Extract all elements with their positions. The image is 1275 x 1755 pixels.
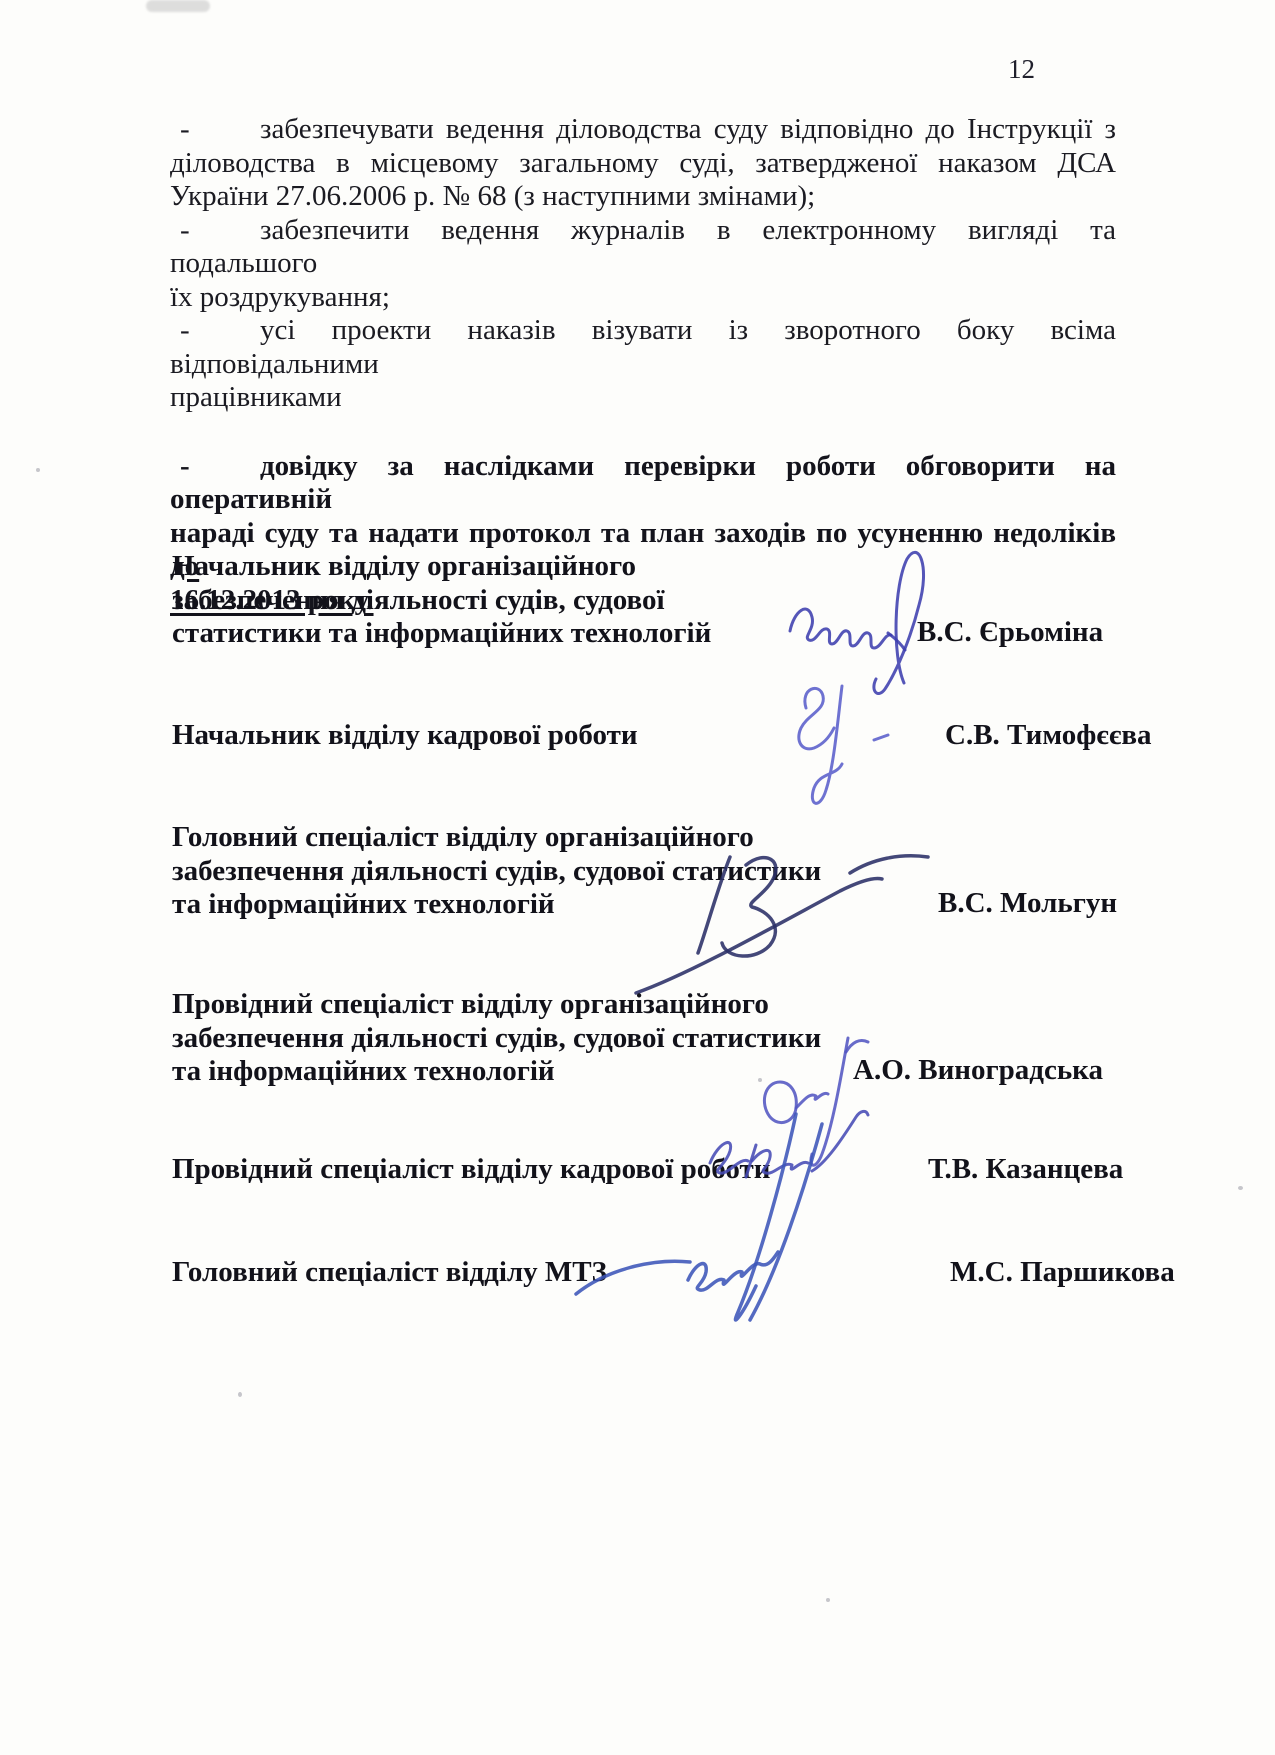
list-dash: -	[170, 214, 260, 248]
scan-speck	[36, 468, 40, 472]
scan-speck	[826, 1598, 830, 1602]
signatory-name: С.В. Тимофєєва	[945, 719, 1152, 753]
list-item-line: -забезпечити ведення журналів в електрон…	[170, 214, 1116, 281]
list-dash: -	[170, 314, 260, 348]
list-item-line: їх роздрукування;	[170, 281, 1116, 315]
list-item-line: -забезпечувати ведення діловодства суду …	[170, 113, 1116, 147]
list-dash: -	[170, 450, 260, 484]
signatory-name: М.С. Паршикова	[950, 1256, 1175, 1290]
signatory-title: Начальник відділу організаційного забезп…	[172, 550, 812, 651]
page-number: 12	[1008, 54, 1035, 85]
signatory-title: Провідний спеціаліст відділу організацій…	[172, 988, 852, 1089]
document-body: -забезпечувати ведення діловодства суду …	[170, 113, 1116, 617]
signatory-title: Головний спеціаліст відділу організаційн…	[172, 821, 852, 922]
list-item-line: -довідку за наслідками перевірки роботи …	[170, 450, 1116, 517]
signatory-name: Т.В. Казанцева	[928, 1153, 1123, 1187]
list-item-line: -усі проекти наказів візувати із зворотн…	[170, 314, 1116, 381]
signatory-title: Начальник відділу кадрової роботи	[172, 719, 812, 753]
list-dash: -	[170, 113, 260, 147]
scan-speck	[238, 1392, 242, 1397]
signatory-name: В.С. Єрьоміна	[917, 616, 1103, 650]
document-page: 12 -забезпечувати ведення діловодства су…	[0, 0, 1275, 1755]
scan-speck	[1238, 1186, 1243, 1190]
signature-parshykova-ink	[562, 1108, 857, 1323]
list-item-line: діловодства в місцевому загальному суді,…	[170, 147, 1116, 181]
signatory-name: В.С. Мольгун	[938, 887, 1117, 921]
scan-smear	[146, 0, 210, 12]
signatory-title: Головний спеціаліст відділу МТЗ	[172, 1256, 852, 1290]
signatory-title: Провідний спеціаліст відділу кадрової ро…	[172, 1153, 852, 1187]
scan-speck	[758, 1078, 762, 1082]
list-item-line: України 27.06.2006 р. № 68 (з наступними…	[170, 180, 1116, 214]
list-item-line: працівниками	[170, 381, 1116, 415]
signatory-name: А.О. Виноградська	[853, 1054, 1103, 1088]
